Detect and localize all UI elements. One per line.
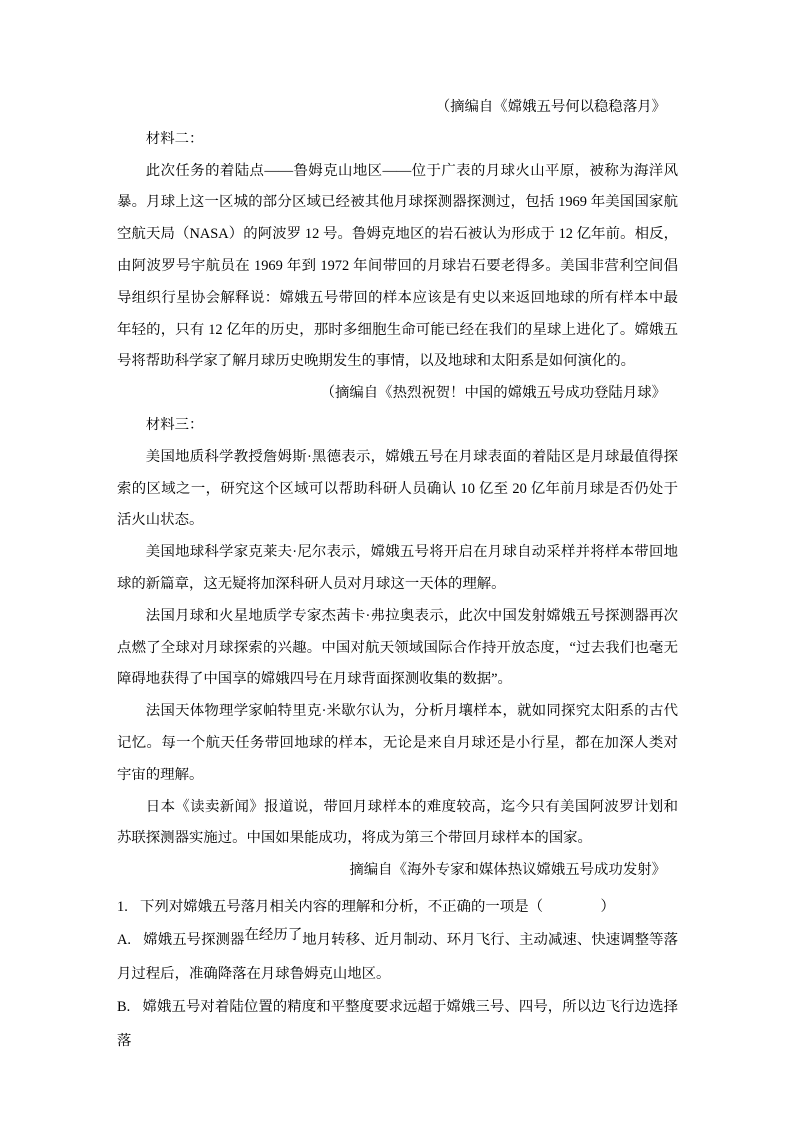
option-b-label: B. (117, 999, 130, 1015)
material-3-paragraph: 日本《读卖新闻》报道说，带回月球样本的难度较高，迄今只有美国阿波罗计划和苏联探测… (117, 792, 678, 856)
option-a-label: A. (117, 932, 131, 948)
option-a-text: 嫦娥五号探测器 (143, 932, 244, 948)
material-3-paragraph: 法国天体物理学家帕特里克·米歇尔认为，分析月壤样本，就如同探究太阳系的古代记忆。… (117, 696, 678, 791)
question-1-option-b: B.嫦娥五号对着陆位置的精度和平整度要求远超于嫦娥三号、四号，所以边飞行边选择落 (117, 991, 678, 1058)
material-3-paragraph: 美国地质科学教授詹姆斯·黑德表示，嫦娥五号在月球表面的着陆区是月球最值得探索的区… (117, 442, 678, 537)
material-2-paragraph: 此次任务的着陆点——鲁姆克山地区——位于广表的月球火山平原，被称为海洋风暴。月球… (117, 156, 678, 379)
material-3-paragraph: 法国月球和火星地质学专家杰茜卡·弗拉奥表示，此次中国发射嫦娥五号探测器再次点燃了… (117, 601, 678, 696)
option-a-raised-text: 在经历了 (244, 927, 302, 943)
material-2-heading: 材料二： (117, 124, 678, 156)
material-3-paragraph: 美国地球科学家克莱夫·尼尔表示，嫦娥五号将开启在月球自动采样并将样本带回地球的新… (117, 537, 678, 601)
material-1-source-note: （摘编自《嫦娥五号何以稳稳落月》 (117, 92, 678, 124)
question-1-number: 1. (117, 899, 128, 915)
question-1-stem-line: 1.下列对嫦娥五号落月相关内容的理解和分析，不正确的一项是（ ） (117, 891, 678, 925)
option-b-text: 嫦娥五号对着陆位置的精度和平整度要求远超于嫦娥三号、四号，所以边飞行边选择落 (117, 999, 678, 1049)
question-1-option-a: A.嫦娥五号探测器在经历了地月转移、近月制动、环月飞行、主动减速、快速调整等落月… (117, 924, 678, 991)
material-3-source-note: 摘编自《海外专家和媒体热议嫦娥五号成功发射》 (117, 855, 678, 887)
exam-document-page: （摘编自《嫦娥五号何以稳稳落月》 材料二： 此次任务的着陆点——鲁姆克山地区——… (0, 0, 794, 1123)
material-2-source-note: （摘编自《热烈祝贺！中国的嫦娥五号成功登陆月球》 (117, 378, 678, 410)
material-3-heading: 材料三： (117, 410, 678, 442)
question-1-stem-text: 下列对嫦娥五号落月相关内容的理解和分析，不正确的一项是（ ） (140, 899, 615, 915)
question-1: 1.下列对嫦娥五号落月相关内容的理解和分析，不正确的一项是（ ） A.嫦娥五号探… (117, 891, 678, 1059)
